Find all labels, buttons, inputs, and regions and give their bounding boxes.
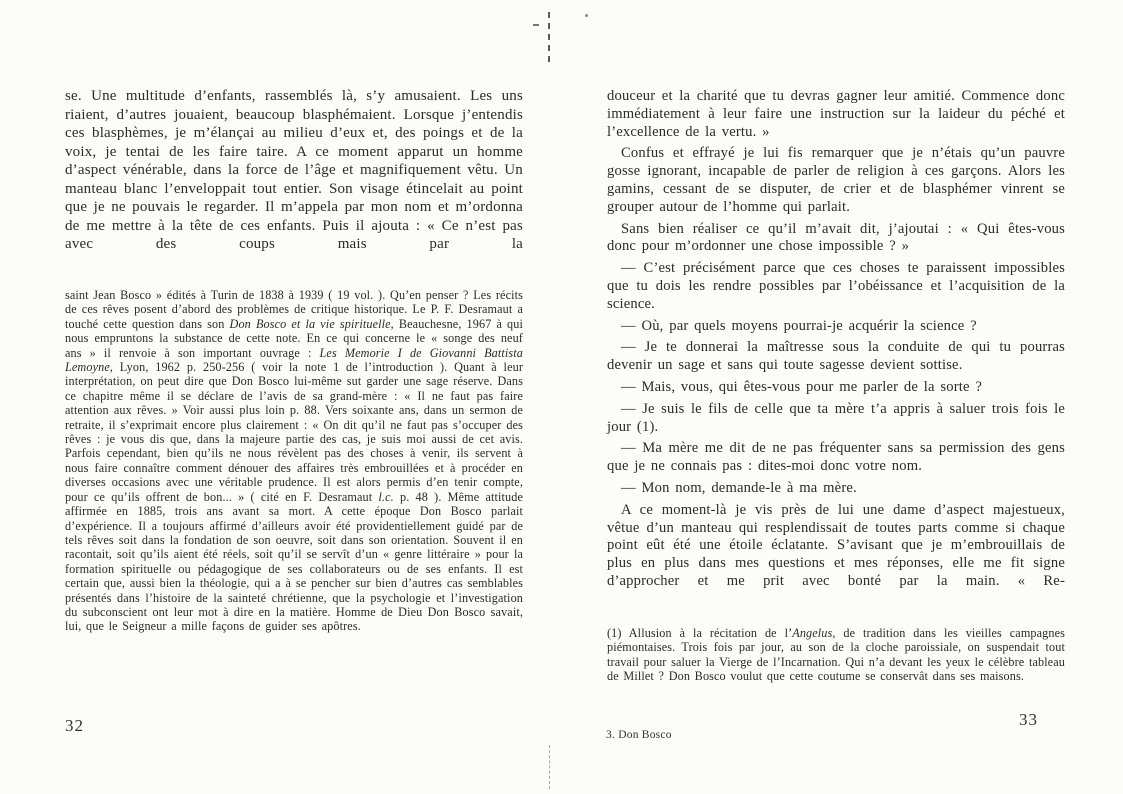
left-page-footnote: saint Jean Bosco » édités à Turin de 183… [65,288,523,634]
right-page-footnote: (1) Allusion à la récitation de l’Angelu… [607,626,1065,684]
body-paragraph: Sans bien réaliser ce qu’il m’avait dit,… [607,221,1065,257]
body-paragraph: Confus et effrayé je lui fis remarquer q… [607,145,1065,216]
footnote-text: p. 48 ). Même attitude affirmée en 1885,… [65,490,523,634]
body-paragraph: A ce moment-là je vis près de lui une da… [607,502,1065,591]
ink-speck-dash [533,24,539,26]
fold-mark-top [548,12,550,62]
footnote-text: (1) Allusion à la récitation de l’ [607,626,792,640]
dialogue-paragraph: — Ma mère me dit de ne pas fréquenter sa… [607,440,1065,476]
page-number-right: 33 [1019,710,1038,730]
dialogue-paragraph: — Je suis le fils de celle que ta mère t… [607,401,1065,437]
page-number-left: 32 [65,716,84,736]
right-page-body: douceur et la charité que tu devras gagn… [607,88,1065,595]
footnote-italic-title: Don Bosco et la vie spirituelle [230,317,391,331]
body-paragraph: douceur et la charité que tu devras gagn… [607,88,1065,141]
book-spread: se. Une multitude d’enfants, rassemblés … [0,0,1123,794]
footnote-italic-title: Angelus [792,626,832,640]
ink-speck-dot [585,14,588,17]
left-page-body-paragraph: se. Une multitude d’enfants, rassemblés … [65,87,523,254]
dialogue-paragraph: — Mais, vous, qui êtes-vous pour me parl… [607,379,1065,397]
footnote-italic-abbrev: l.c. [378,490,393,504]
printer-signature-mark: 3. Don Bosco [606,729,672,741]
fold-mark-bottom [549,745,550,789]
dialogue-paragraph: — Je te donnerai la maîtresse sous la co… [607,339,1065,375]
footnote-text: , Lyon, 1962 p. 250-256 ( voir la note 1… [65,360,523,504]
dialogue-paragraph: — C’est précisément parce que ces choses… [607,260,1065,313]
dialogue-paragraph: — Où, par quels moyens pourrai-je acquér… [607,318,1065,336]
dialogue-paragraph: — Mon nom, demande-le à ma mère. [607,480,1065,498]
